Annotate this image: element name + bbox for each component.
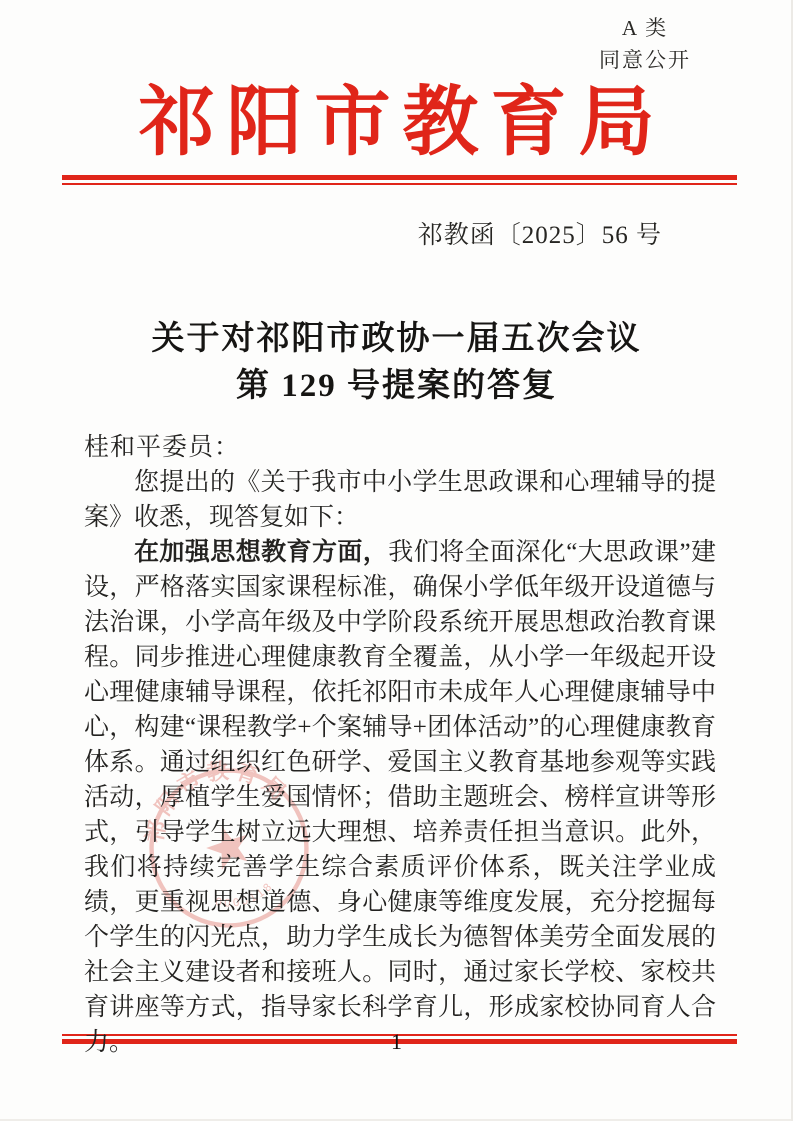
paragraph-main-text: 我们将全面深化“大思政课”建设，严格落实国家课程标准，确保小学低年级开设道德与法… — [84, 539, 716, 1056]
document-title: 关于对祁阳市政协一届五次会议 第 129 号提案的答复 — [0, 316, 793, 410]
document-title-line-2: 第 129 号提案的答复 — [0, 363, 793, 410]
paragraph-main: 在加强思想教育方面，我们将全面深化“大思政课”建设，严格落实国家课程标准，确保小… — [84, 535, 716, 1060]
publicity-label: 同意公开 — [599, 44, 691, 76]
masthead-divider-thin-bar — [62, 183, 737, 185]
salutation: 桂和平委员： — [84, 430, 716, 465]
letter-body: 桂和平委员： 您提出的《关于我市中小学生思政课和心理辅导的提案》收悉，现答复如下… — [84, 430, 716, 1060]
masthead-divider-line — [62, 175, 737, 185]
agency-masthead-title: 祁阳市教育局 — [0, 80, 793, 166]
classification-block: A 类 同意公开 — [599, 12, 691, 76]
classification-level: A 类 — [599, 12, 691, 44]
official-letter-page: A 类 同意公开 祁阳市教育局 祁教函〔2025〕56 号 关于对祁阳市政协一届… — [0, 0, 793, 1121]
document-title-line-1: 关于对祁阳市政协一届五次会议 — [0, 316, 793, 363]
document-number: 祁教函〔2025〕56 号 — [418, 215, 662, 251]
paragraph-intro-text: 您提出的《关于我市中小学生思政课和心理辅导的提案》收悉，现答复如下： — [84, 469, 716, 531]
paragraph-intro: 您提出的《关于我市中小学生思政课和心理辅导的提案》收悉，现答复如下： — [84, 465, 716, 535]
page-number: 1 — [0, 1029, 793, 1055]
paragraph-main-bold-lead: 在加强思想教育方面， — [134, 539, 388, 566]
